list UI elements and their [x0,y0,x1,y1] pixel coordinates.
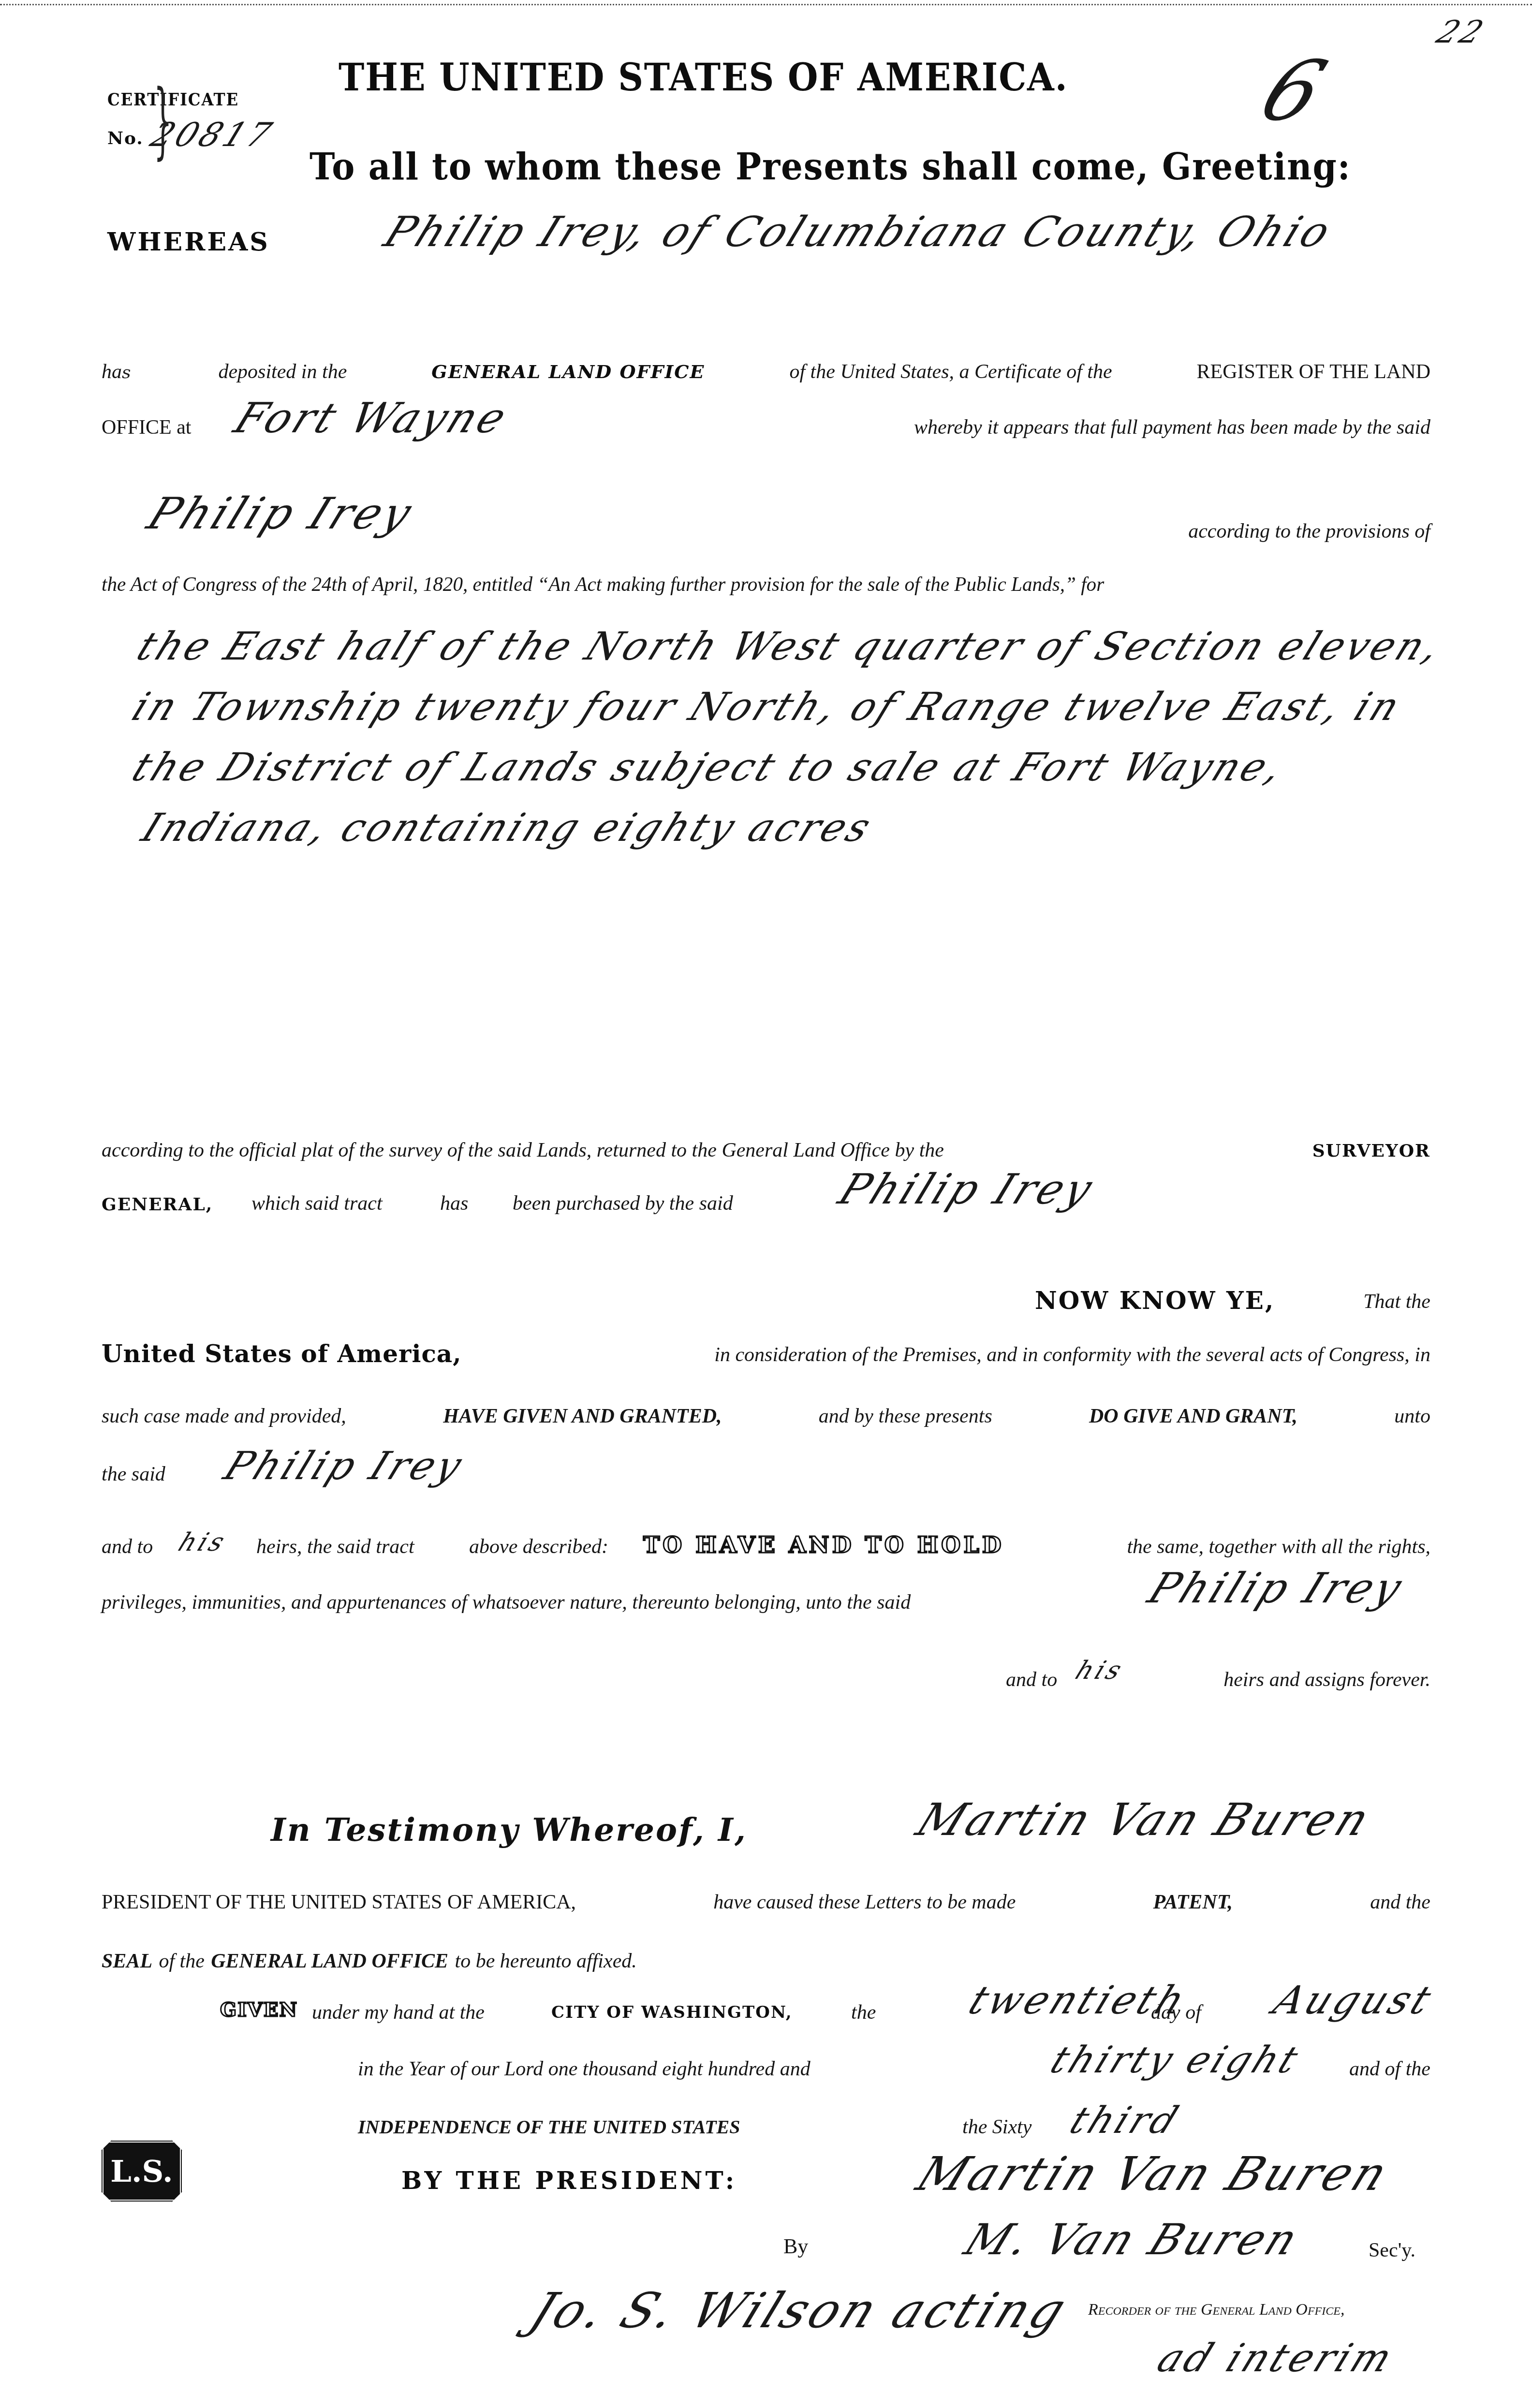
deposit-text-1: deposited in the [218,360,347,383]
year-text: in the Year of our Lord one thousand eig… [358,2057,810,2081]
in-testimony-whereof: In Testimony Whereof, I, [271,1811,747,1849]
consideration-text: in consideration of the Premises, and in… [714,1343,1430,1366]
grant-text-1: such case made and provided, [102,1405,346,1428]
general-label: GENERAL, [102,1194,213,1215]
locus-sigilli-seal: L.S. [101,2140,183,2202]
office-at-label: OFFICE at [102,416,191,439]
certificate-number-label: No. [107,128,144,148]
his-handwritten-2: his [1071,1656,1129,1685]
together-text: the same, together with all the rights, [1127,1535,1430,1558]
recorder-ad-interim: ad interim [1151,2335,1401,2380]
grantee-name-2: Philip Irey [832,1165,1102,1214]
has-suffix-handwritten: s [122,363,133,382]
day-of-text: day of [1151,2001,1201,2024]
secretary-signature: M. Van Buren [957,2215,1308,2264]
act-of-congress-clause: the Act of Congress of the 24th of April… [102,573,1104,596]
has-prefix: ha [102,361,122,383]
now-know-ye-tail: That the [1363,1290,1430,1313]
office-location: Fort Wayne [227,394,516,442]
do-give-and-grant: DO GIVE AND GRANT, [1089,1405,1297,1428]
by-the-president-label: BY THE PRESIDENT: [401,2166,737,2195]
given-text: under my hand at the [312,2001,485,2024]
united-states-of-america-label: United States of America, [102,1339,462,1368]
month-handwritten: August [1267,1978,1441,2023]
president-name-handwritten: Martin Van Buren [909,1794,1380,1846]
the-said-label: the said [102,1463,165,1486]
has-text: has [440,1192,468,1215]
city-of-washington: CITY OF WASHINGTON, [551,2003,793,2022]
grantee-name-3: Philip Irey [218,1443,471,1488]
affixed-text: to be hereunto affixed. [455,1950,636,1972]
survey-text: according to the official plat of the su… [102,1139,944,1162]
letters-text: have caused these Letters to be made [713,1891,1016,1914]
grantee-name-1: Philip Irey [140,488,422,539]
document-heading: THE UNITED STATES OF AMERICA. [339,56,1068,100]
above-described-text: above described: [469,1535,608,1558]
president-signature: Martin Van Buren [909,2147,1398,2201]
and-of-the-text: and of the [1349,2057,1430,2081]
and-the-text: and the [1370,1891,1430,1914]
certificate-label: CERTIFICATE [107,89,239,110]
independence-year-handwritten: third [1064,2099,1187,2142]
provisions-text: according to the provisions of [1188,520,1430,543]
seal-text: L.S. [110,2154,173,2189]
purchased-text: been purchased by the said [513,1192,733,1215]
certificate-brace: } [154,73,172,168]
president-title: PRESIDENT OF THE UNITED STATES OF AMERIC… [102,1891,576,1914]
margin-mark: 6 [1248,44,1341,139]
seal-label: SEAL [102,1950,152,1972]
whereas-grantee: Philip Irey, of Columbiana County, Ohio [377,208,1340,256]
land-description-line-3: the District of Lands subject to sale at… [126,745,1292,790]
now-know-ye: NOW KNOW YE, [1035,1286,1275,1315]
given-label: GIVEN [220,1998,298,2021]
to-have-and-to-hold: TO HAVE AND TO HOLD [643,1532,1004,1558]
whereas-label: WHEREAS [107,227,270,257]
heirs-text: heirs, the said tract [256,1535,414,1558]
tract-text: which said tract [251,1192,383,1215]
grant-line: such case made and provided, HAVE GIVEN … [102,1405,1430,1428]
general-land-office-label-2: GENERAL LAND OFFICE [211,1950,448,1972]
testimony-line-2: SEAL of the GENERAL LAND OFFICE to be he… [102,1949,637,1973]
surveyor-label: SURVEYOR [1312,1141,1430,1161]
by-label: By [783,2234,808,2259]
deposit-line-1: has deposited in the GENERAL LAND OFFICE… [102,360,1430,383]
his-handwritten-1: his [174,1528,232,1557]
deposit-text-2: of the United States, a Certificate of t… [789,360,1112,383]
secretary-title: Sec'y. [1369,2239,1415,2262]
patent-label: PATENT, [1153,1891,1233,1914]
heirs-assigns-forever: heirs and assigns forever. [1223,1668,1430,1691]
and-to-label: and to [102,1535,153,1558]
payment-text: whereby it appears that full payment has… [914,416,1430,439]
recorder-signature: Jo. S. Wilson acting [522,2282,1077,2339]
grant-text-2: and by these presents [819,1405,992,1428]
land-description-line-1: the East half of the North West quarter … [131,624,1450,669]
general-land-office-label: GENERAL LAND OFFICE [431,361,705,382]
testimony-line-1: PRESIDENT OF THE UNITED STATES OF AMERIC… [102,1891,1430,1914]
land-description-line-2: in Township twenty four North, of Range … [126,684,1409,729]
greeting: To all to whom these Presents shall come… [309,145,1351,188]
grantee-name-4: Philip Irey [1141,1564,1412,1613]
independence-label: INDEPENDENCE OF THE UNITED STATES [358,2115,740,2138]
have-given-and-granted: HAVE GIVEN AND GRANTED, [443,1405,722,1428]
the-text: the [851,2001,876,2024]
survey-line-1: according to the official plat of the su… [102,1139,1430,1162]
register-label: REGISTER OF THE LAND [1197,360,1430,383]
grant-text-3: unto [1394,1405,1430,1428]
top-edge-scan-marks [0,4,1532,7]
year-handwritten: thirty eight [1045,2038,1307,2081]
land-description-line-4: Indiana, containing eighty acres [135,805,880,850]
the-sixty-text: the Sixty [962,2115,1031,2139]
privileges-text: privileges, immunities, and appurtenance… [102,1591,911,1614]
and-to-label-2: and to [1006,1668,1057,1691]
recorder-title: Recorder of the General Land Office, [1088,2301,1344,2319]
of-the-text: of the [159,1950,204,1972]
page-number-handwritten: 22 [1431,15,1491,50]
